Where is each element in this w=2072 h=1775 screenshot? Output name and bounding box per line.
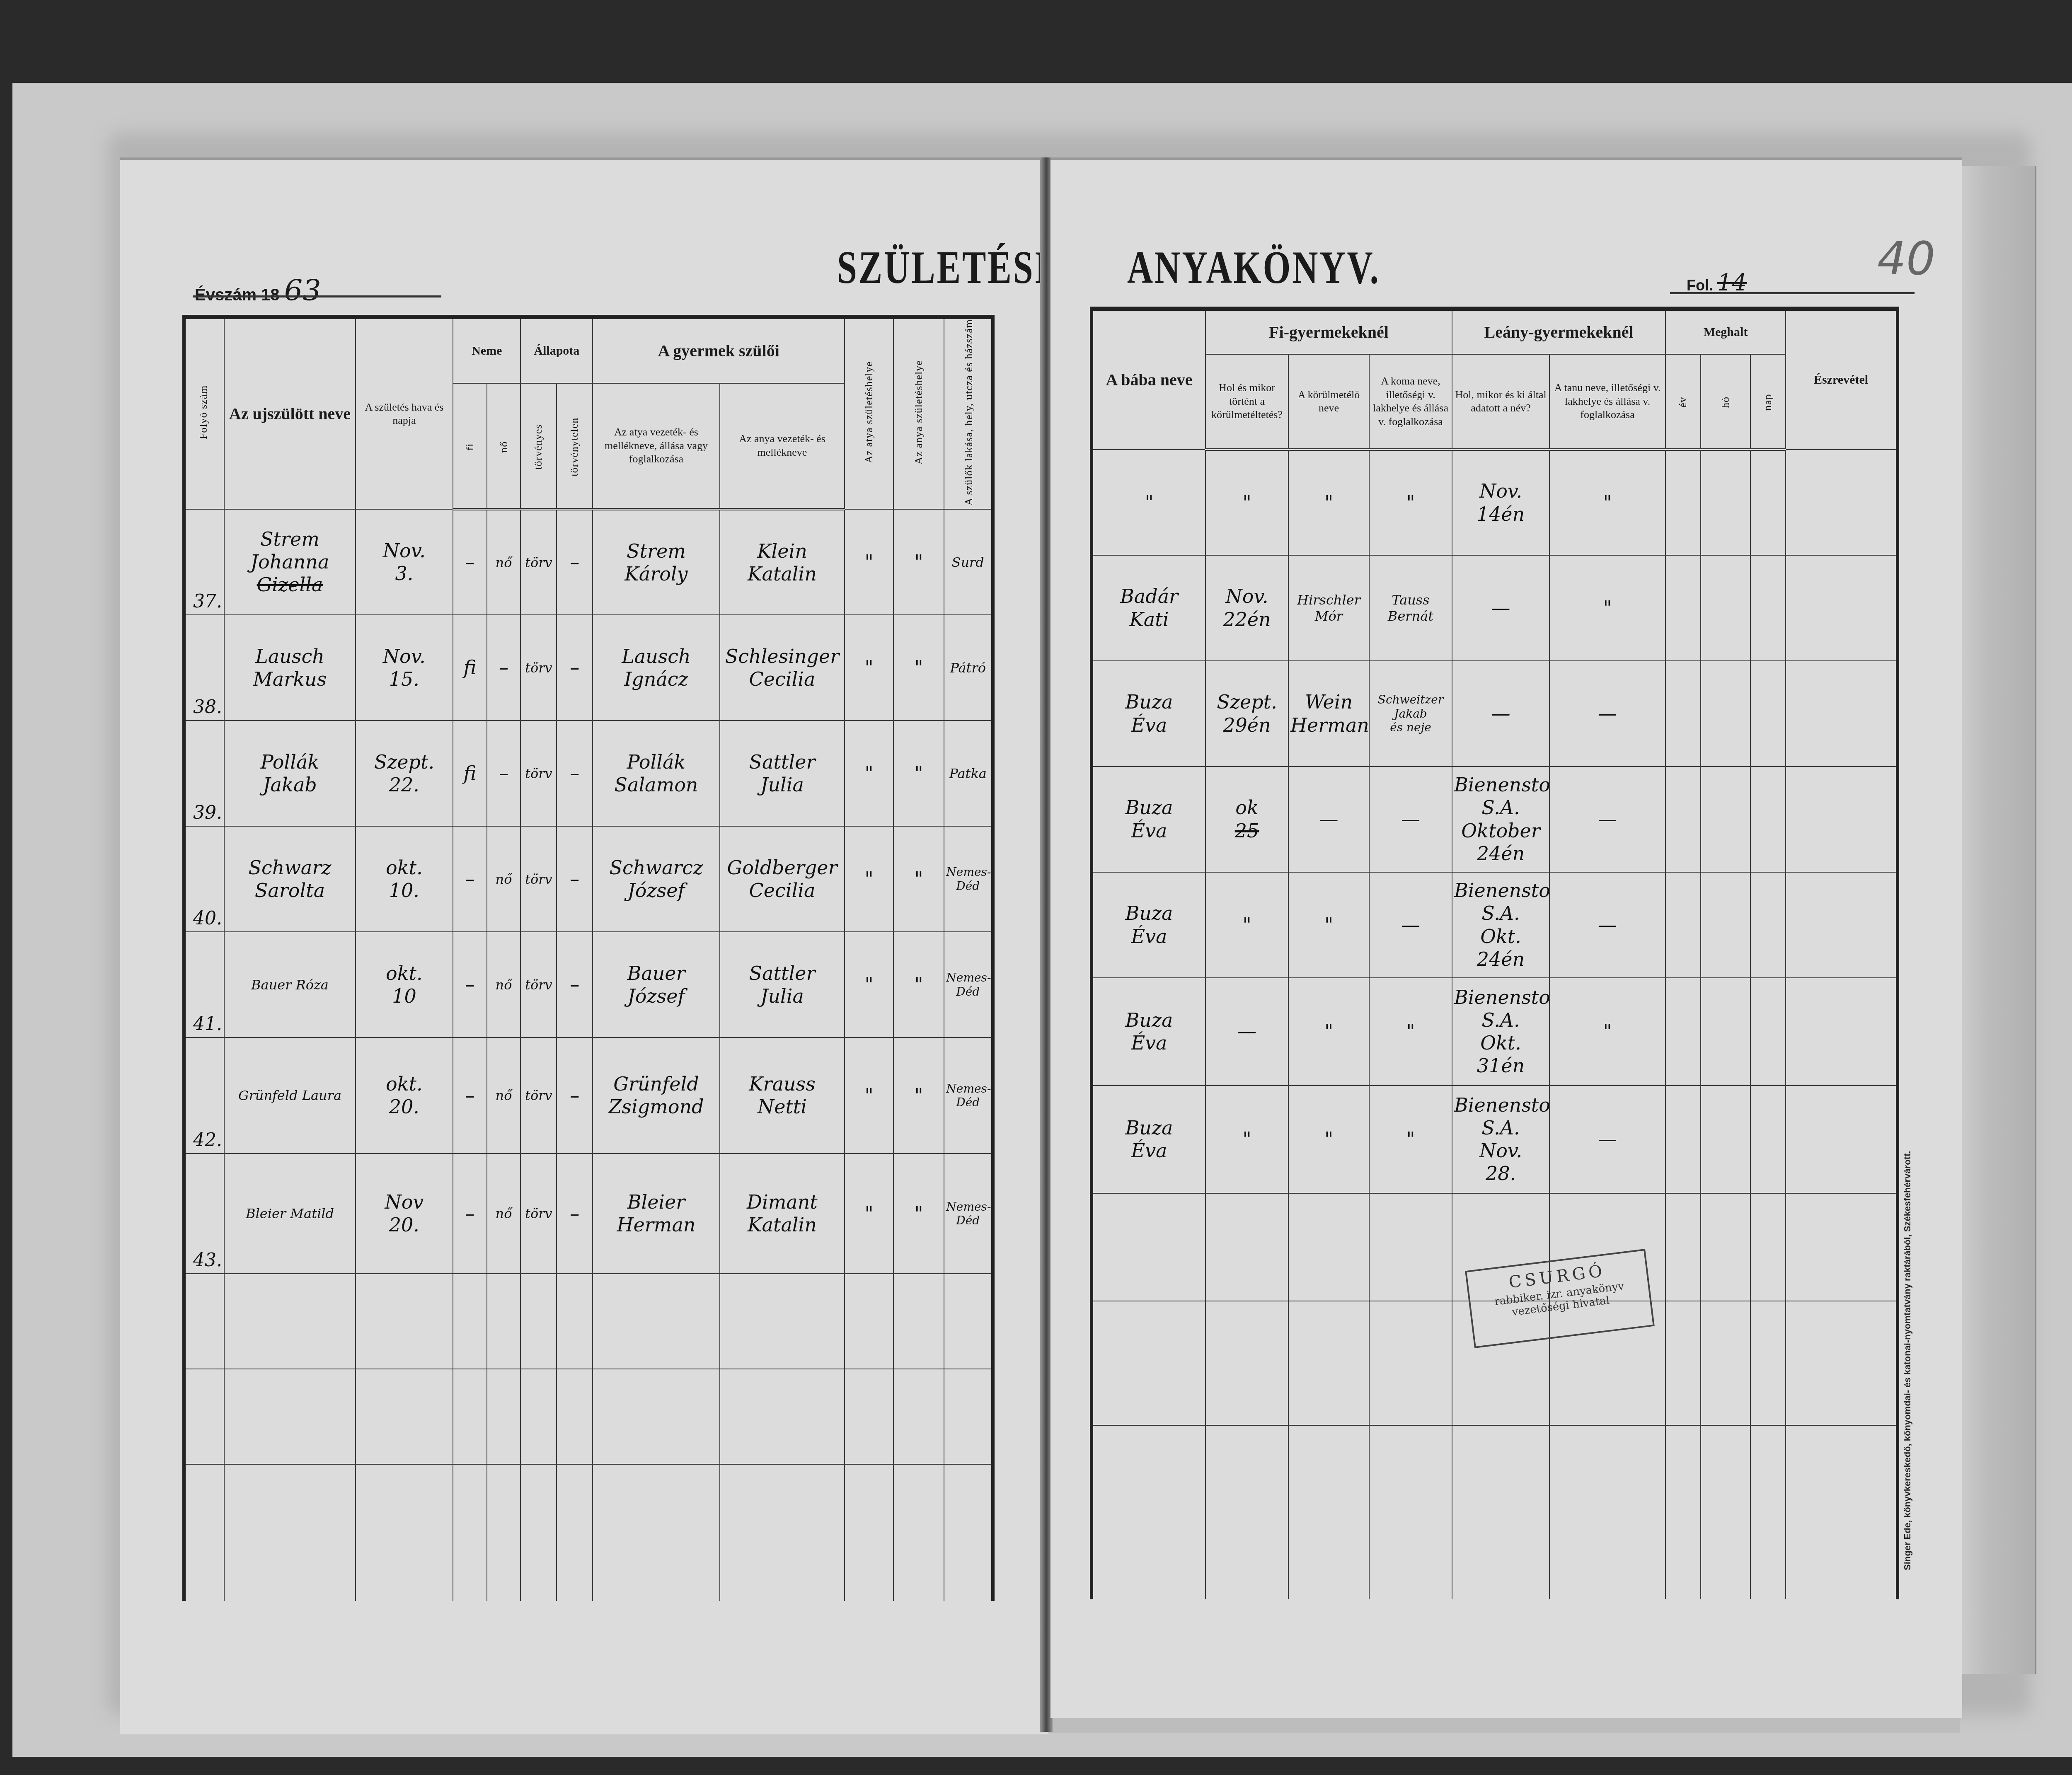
header-korulmetelo: A körülmetélö neve bbox=[1288, 354, 1369, 450]
midwife-name: BadárKati bbox=[1092, 555, 1205, 661]
circumcision-when-where: Szept.29én bbox=[1205, 661, 1288, 767]
circumciser-name: " bbox=[1288, 978, 1369, 1086]
birth-date: okt.10. bbox=[356, 826, 453, 932]
birth-register-right-table: A bába neve Fi-gyermekeknél Leány-gyerme… bbox=[1090, 307, 1899, 1599]
birth-date: Szept.22. bbox=[356, 721, 453, 826]
sex-female: nő bbox=[487, 1037, 521, 1154]
newborn-name: Grünfeld Laura bbox=[224, 1037, 356, 1154]
died-day bbox=[1750, 1086, 1786, 1193]
father-birthplace: " bbox=[845, 615, 893, 721]
mother-birthplace: " bbox=[893, 826, 944, 932]
died-day bbox=[1750, 450, 1786, 555]
illegitimate: – bbox=[557, 1037, 593, 1154]
died-month bbox=[1701, 872, 1750, 978]
naming-when-where: Bienenstock S.A.Okt. 31én bbox=[1452, 978, 1549, 1086]
legitimate: törv bbox=[520, 721, 557, 826]
sex-male: – bbox=[453, 826, 487, 932]
header-koma: A koma neve, illetőségi v. lakhelye és á… bbox=[1369, 354, 1452, 450]
row-number: 40. bbox=[184, 826, 224, 932]
naming-when-where: Bienenstock S.A.Nov.28. bbox=[1452, 1086, 1549, 1193]
blank-row bbox=[184, 1369, 993, 1464]
mother-birthplace: " bbox=[893, 1154, 944, 1274]
sex-female: nő bbox=[487, 1154, 521, 1274]
midwife-name: BuzaÉva bbox=[1092, 661, 1205, 767]
died-day bbox=[1750, 978, 1786, 1086]
illegitimate: – bbox=[557, 509, 593, 615]
header-fi-gyermekeknel: Fi-gyermekeknél bbox=[1205, 309, 1452, 354]
title-right: ANYAKÖNYV. bbox=[1127, 240, 1380, 294]
midwife-name: BuzaÉva bbox=[1092, 1086, 1205, 1193]
remarks bbox=[1786, 555, 1898, 661]
mother-name: DimantKatalin bbox=[720, 1154, 845, 1274]
midwife-name: BuzaÉva bbox=[1092, 872, 1205, 978]
blank-row bbox=[1092, 1425, 1898, 1599]
sex-male: – bbox=[453, 1154, 487, 1274]
header-atya: Az atya vezeték- és mellékneve, állása v… bbox=[593, 383, 720, 510]
illegitimate: – bbox=[557, 721, 593, 826]
legitimate: törv bbox=[520, 1154, 557, 1274]
sex-female: nő bbox=[487, 932, 521, 1037]
circumciser-name: " bbox=[1288, 872, 1369, 978]
birth-date: okt.10 bbox=[356, 932, 453, 1037]
table-row: BuzaÉva Szept.29én WeinHerman Schweitzer… bbox=[1092, 661, 1898, 767]
table-row: 41. Bauer Róza okt.10 – nő törv – BauerJ… bbox=[184, 932, 993, 1037]
residence: Surd bbox=[944, 509, 993, 615]
legitimate: törv bbox=[520, 509, 557, 615]
illegitimate: – bbox=[557, 615, 593, 721]
residence: Nemes-Déd bbox=[944, 1154, 993, 1274]
newborn-name: PollákJakab bbox=[224, 721, 356, 826]
witness: " bbox=[1549, 450, 1665, 555]
godfather: " bbox=[1369, 1086, 1452, 1193]
father-birthplace: " bbox=[845, 721, 893, 826]
header-tanu: A tanu neve, illetőségi v. lakhelye és á… bbox=[1549, 354, 1665, 450]
died-year bbox=[1665, 555, 1701, 661]
circumcision-when-where: — bbox=[1205, 978, 1288, 1086]
father-name: BauerJózsef bbox=[593, 932, 720, 1037]
table-row: 39. PollákJakab Szept.22. fi – törv – Po… bbox=[184, 721, 993, 826]
remarks bbox=[1786, 661, 1898, 767]
circumcision-when-where: " bbox=[1205, 450, 1288, 555]
father-name: PollákSalamon bbox=[593, 721, 720, 826]
circumciser-name: HirschlerMór bbox=[1288, 555, 1369, 661]
header-leany-hol-mikor: Hol, mikor és ki által adatott a név? bbox=[1452, 354, 1549, 450]
circumciser-name: — bbox=[1288, 767, 1369, 872]
folio-rule bbox=[1670, 292, 1915, 294]
header-torvenytelen: törvénytelen bbox=[557, 383, 593, 510]
sex-male: fi bbox=[453, 615, 487, 721]
birth-date: Nov.15. bbox=[356, 615, 453, 721]
header-leany-gyermekeknel: Leány-gyermekeknél bbox=[1452, 309, 1665, 354]
row-number: 42. bbox=[184, 1037, 224, 1154]
row-number: 41. bbox=[184, 932, 224, 1037]
birth-date: Nov.3. bbox=[356, 509, 453, 615]
remarks bbox=[1786, 767, 1898, 872]
witness: — bbox=[1549, 767, 1665, 872]
died-day bbox=[1750, 661, 1786, 767]
mother-birthplace: " bbox=[893, 509, 944, 615]
remarks bbox=[1786, 872, 1898, 978]
died-month bbox=[1701, 767, 1750, 872]
circumciser-name: " bbox=[1288, 450, 1369, 555]
row-number: 43. bbox=[184, 1154, 224, 1274]
newborn-name: Bleier Matild bbox=[224, 1154, 356, 1274]
table-row: BuzaÉva " " " Bienenstock S.A.Nov.28. — bbox=[1092, 1086, 1898, 1193]
mother-birthplace: " bbox=[893, 615, 944, 721]
naming-when-where: — bbox=[1452, 661, 1549, 767]
folio-pencil-number: 40 bbox=[1877, 232, 1935, 285]
header-anya: Az anya vezeték- és mellékneve bbox=[720, 383, 845, 510]
circumcision-when-where: ok25 bbox=[1205, 767, 1288, 872]
died-year bbox=[1665, 978, 1701, 1086]
illegitimate: – bbox=[557, 1154, 593, 1274]
father-name: GrünfeldZsigmond bbox=[593, 1037, 720, 1154]
table-row: 40. SchwarzSarolta okt.10. – nő törv – S… bbox=[184, 826, 993, 932]
mother-name: KraussNetti bbox=[720, 1037, 845, 1154]
printer-imprint: Singer Ede, könyvkereskedő, kőnyomdai- é… bbox=[1902, 1185, 1919, 1570]
godfather: — bbox=[1369, 767, 1452, 872]
witness: " bbox=[1549, 978, 1665, 1086]
year-rule bbox=[193, 295, 441, 297]
died-year bbox=[1665, 661, 1701, 767]
header-neme: Neme bbox=[453, 317, 521, 383]
table-row: BuzaÉva " " — Bienenstock S.A.Okt. 24én … bbox=[1092, 872, 1898, 978]
witness: — bbox=[1549, 1086, 1665, 1193]
midwife-name: BuzaÉva bbox=[1092, 767, 1205, 872]
died-month bbox=[1701, 1086, 1750, 1193]
header-fi-hol-mikor: Hol és mikor történt a körülmetéltetés? bbox=[1205, 354, 1288, 450]
godfather: TaussBernát bbox=[1369, 555, 1452, 661]
residence: Nemes-Déd bbox=[944, 1037, 993, 1154]
residence: Nemes-Déd bbox=[944, 826, 993, 932]
illegitimate: – bbox=[557, 826, 593, 932]
table-row: BuzaÉva — " " Bienenstock S.A.Okt. 31én … bbox=[1092, 978, 1898, 1086]
header-baba-neve: A bába neve bbox=[1092, 309, 1205, 450]
newborn-name: SchwarzSarolta bbox=[224, 826, 356, 932]
godfather: SchweitzerJakabés neje bbox=[1369, 661, 1452, 767]
died-day bbox=[1750, 555, 1786, 661]
residence: Pátró bbox=[944, 615, 993, 721]
blank-row bbox=[184, 1274, 993, 1369]
father-name: LauschIgnácz bbox=[593, 615, 720, 721]
header-szuletes: A születés hava és napja bbox=[356, 317, 453, 509]
died-day bbox=[1750, 872, 1786, 978]
header-eszrevetel: Észrevétel bbox=[1786, 309, 1898, 450]
sex-male: – bbox=[453, 1037, 487, 1154]
legitimate: törv bbox=[520, 1037, 557, 1154]
sex-male: – bbox=[453, 509, 487, 615]
sex-female: nő bbox=[487, 826, 521, 932]
remarks bbox=[1786, 450, 1898, 555]
godfather: " bbox=[1369, 978, 1452, 1086]
mother-name: SattlerJulia bbox=[720, 721, 845, 826]
mother-name: GoldbergerCecilia bbox=[720, 826, 845, 932]
father-birthplace: " bbox=[845, 509, 893, 615]
residence: Nemes-Déd bbox=[944, 932, 993, 1037]
table-row: 43. Bleier Matild Nov20. – nő törv – Ble… bbox=[184, 1154, 993, 1274]
circumcision-when-where: " bbox=[1205, 872, 1288, 978]
died-year bbox=[1665, 1086, 1701, 1193]
sex-female: nő bbox=[487, 509, 521, 615]
row-number: 37. bbox=[184, 509, 224, 615]
circumciser-name: " bbox=[1288, 1086, 1369, 1193]
header-meghalt-ev: év bbox=[1665, 354, 1701, 450]
naming-when-where: Nov.14én bbox=[1452, 450, 1549, 555]
header-szuloi: A gyermek szülői bbox=[593, 317, 845, 383]
died-year bbox=[1665, 767, 1701, 872]
godfather: " bbox=[1369, 450, 1452, 555]
died-year bbox=[1665, 450, 1701, 555]
newborn-name: LauschMarkus bbox=[224, 615, 356, 721]
header-atya-szuletes: Az atya születéshelye bbox=[845, 317, 893, 509]
circumcision-when-where: " bbox=[1205, 1086, 1288, 1193]
sex-female: – bbox=[487, 615, 521, 721]
father-name: SchwarczJózsef bbox=[593, 826, 720, 932]
father-birthplace: " bbox=[845, 1154, 893, 1274]
father-name: BleierHerman bbox=[593, 1154, 720, 1274]
residence: Patka bbox=[944, 721, 993, 826]
mother-name: SchlesingerCecilia bbox=[720, 615, 845, 721]
table-row: 37. StremJohannaGizella Nov.3. – nő törv… bbox=[184, 509, 993, 615]
newborn-name: Bauer Róza bbox=[224, 932, 356, 1037]
year-label: Évszám 18 bbox=[195, 286, 280, 304]
header-folyo-szam: Folyó szám bbox=[184, 317, 224, 509]
header-ujszulott-neve: Az ujszülött neve bbox=[224, 317, 356, 509]
father-birthplace: " bbox=[845, 932, 893, 1037]
year-handwritten: 63 bbox=[284, 273, 321, 307]
witness: — bbox=[1549, 661, 1665, 767]
circumcision-when-where: Nov.22én bbox=[1205, 555, 1288, 661]
header-neme-no: nő bbox=[487, 383, 521, 510]
header-lakas: A szülők lakása, hely, utcza és házszám bbox=[944, 317, 993, 509]
father-birthplace: " bbox=[845, 1037, 893, 1154]
illegitimate: – bbox=[557, 932, 593, 1037]
legitimate: törv bbox=[520, 826, 557, 932]
table-row: " " " " Nov.14én " bbox=[1092, 450, 1898, 555]
title-left: SZÜLETÉSI bbox=[837, 240, 1050, 294]
header-neme-fi: fi bbox=[453, 383, 487, 510]
newborn-name: StremJohannaGizella bbox=[224, 509, 356, 615]
header-anya-szuletes: Az anya születéshelye bbox=[893, 317, 944, 509]
remarks bbox=[1786, 1086, 1898, 1193]
folio-label: Fol. bbox=[1687, 277, 1713, 294]
circumciser-name: WeinHerman bbox=[1288, 661, 1369, 767]
table-row: BadárKati Nov.22én HirschlerMór TaussBer… bbox=[1092, 555, 1898, 661]
page-stack-edge bbox=[1956, 166, 2036, 1674]
mother-birthplace: " bbox=[893, 1037, 944, 1154]
blank-row bbox=[184, 1464, 993, 1601]
row-number: 38. bbox=[184, 615, 224, 721]
table-row: BuzaÉva ok25 — — Bienenstock S.A.Oktober… bbox=[1092, 767, 1898, 872]
sex-male: fi bbox=[453, 721, 487, 826]
birth-date: okt.20. bbox=[356, 1037, 453, 1154]
table-row: 42. Grünfeld Laura okt.20. – nő törv – G… bbox=[184, 1037, 993, 1154]
header-allapota: Állapota bbox=[520, 317, 593, 383]
row-number: 39. bbox=[184, 721, 224, 826]
year-field: Évszám 18 63 bbox=[195, 273, 321, 307]
father-name: StremKároly bbox=[593, 509, 720, 615]
birth-register-left-table: Folyó szám Az ujszülött neve A születés … bbox=[182, 315, 995, 1601]
midwife-name: BuzaÉva bbox=[1092, 978, 1205, 1086]
mother-birthplace: " bbox=[893, 721, 944, 826]
died-month bbox=[1701, 978, 1750, 1086]
birth-date: Nov20. bbox=[356, 1154, 453, 1274]
header-meghalt-nap: nap bbox=[1750, 354, 1786, 450]
legitimate: törv bbox=[520, 615, 557, 721]
mother-name: KleinKatalin bbox=[720, 509, 845, 615]
died-month bbox=[1701, 555, 1750, 661]
remarks bbox=[1786, 978, 1898, 1086]
died-month bbox=[1701, 450, 1750, 555]
mother-birthplace: " bbox=[893, 932, 944, 1037]
midwife-name: " bbox=[1092, 450, 1205, 555]
died-year bbox=[1665, 872, 1701, 978]
legitimate: törv bbox=[520, 932, 557, 1037]
father-birthplace: " bbox=[845, 826, 893, 932]
witness: " bbox=[1549, 555, 1665, 661]
sex-male: – bbox=[453, 932, 487, 1037]
table-row: 38. LauschMarkus Nov.15. fi – törv – Lau… bbox=[184, 615, 993, 721]
naming-when-where: Bienenstock S.A.Oktober24én bbox=[1452, 767, 1549, 872]
header-meghalt-ho: hó bbox=[1701, 354, 1750, 450]
naming-when-where: — bbox=[1452, 555, 1549, 661]
mother-name: SattlerJulia bbox=[720, 932, 845, 1037]
witness: — bbox=[1549, 872, 1665, 978]
died-month bbox=[1701, 661, 1750, 767]
naming-when-where: Bienenstock S.A.Okt. 24én bbox=[1452, 872, 1549, 978]
header-meghalt: Meghalt bbox=[1665, 309, 1786, 354]
died-day bbox=[1750, 767, 1786, 872]
header-torvenyes: törvényes bbox=[520, 383, 557, 510]
godfather: — bbox=[1369, 872, 1452, 978]
sex-female: – bbox=[487, 721, 521, 826]
